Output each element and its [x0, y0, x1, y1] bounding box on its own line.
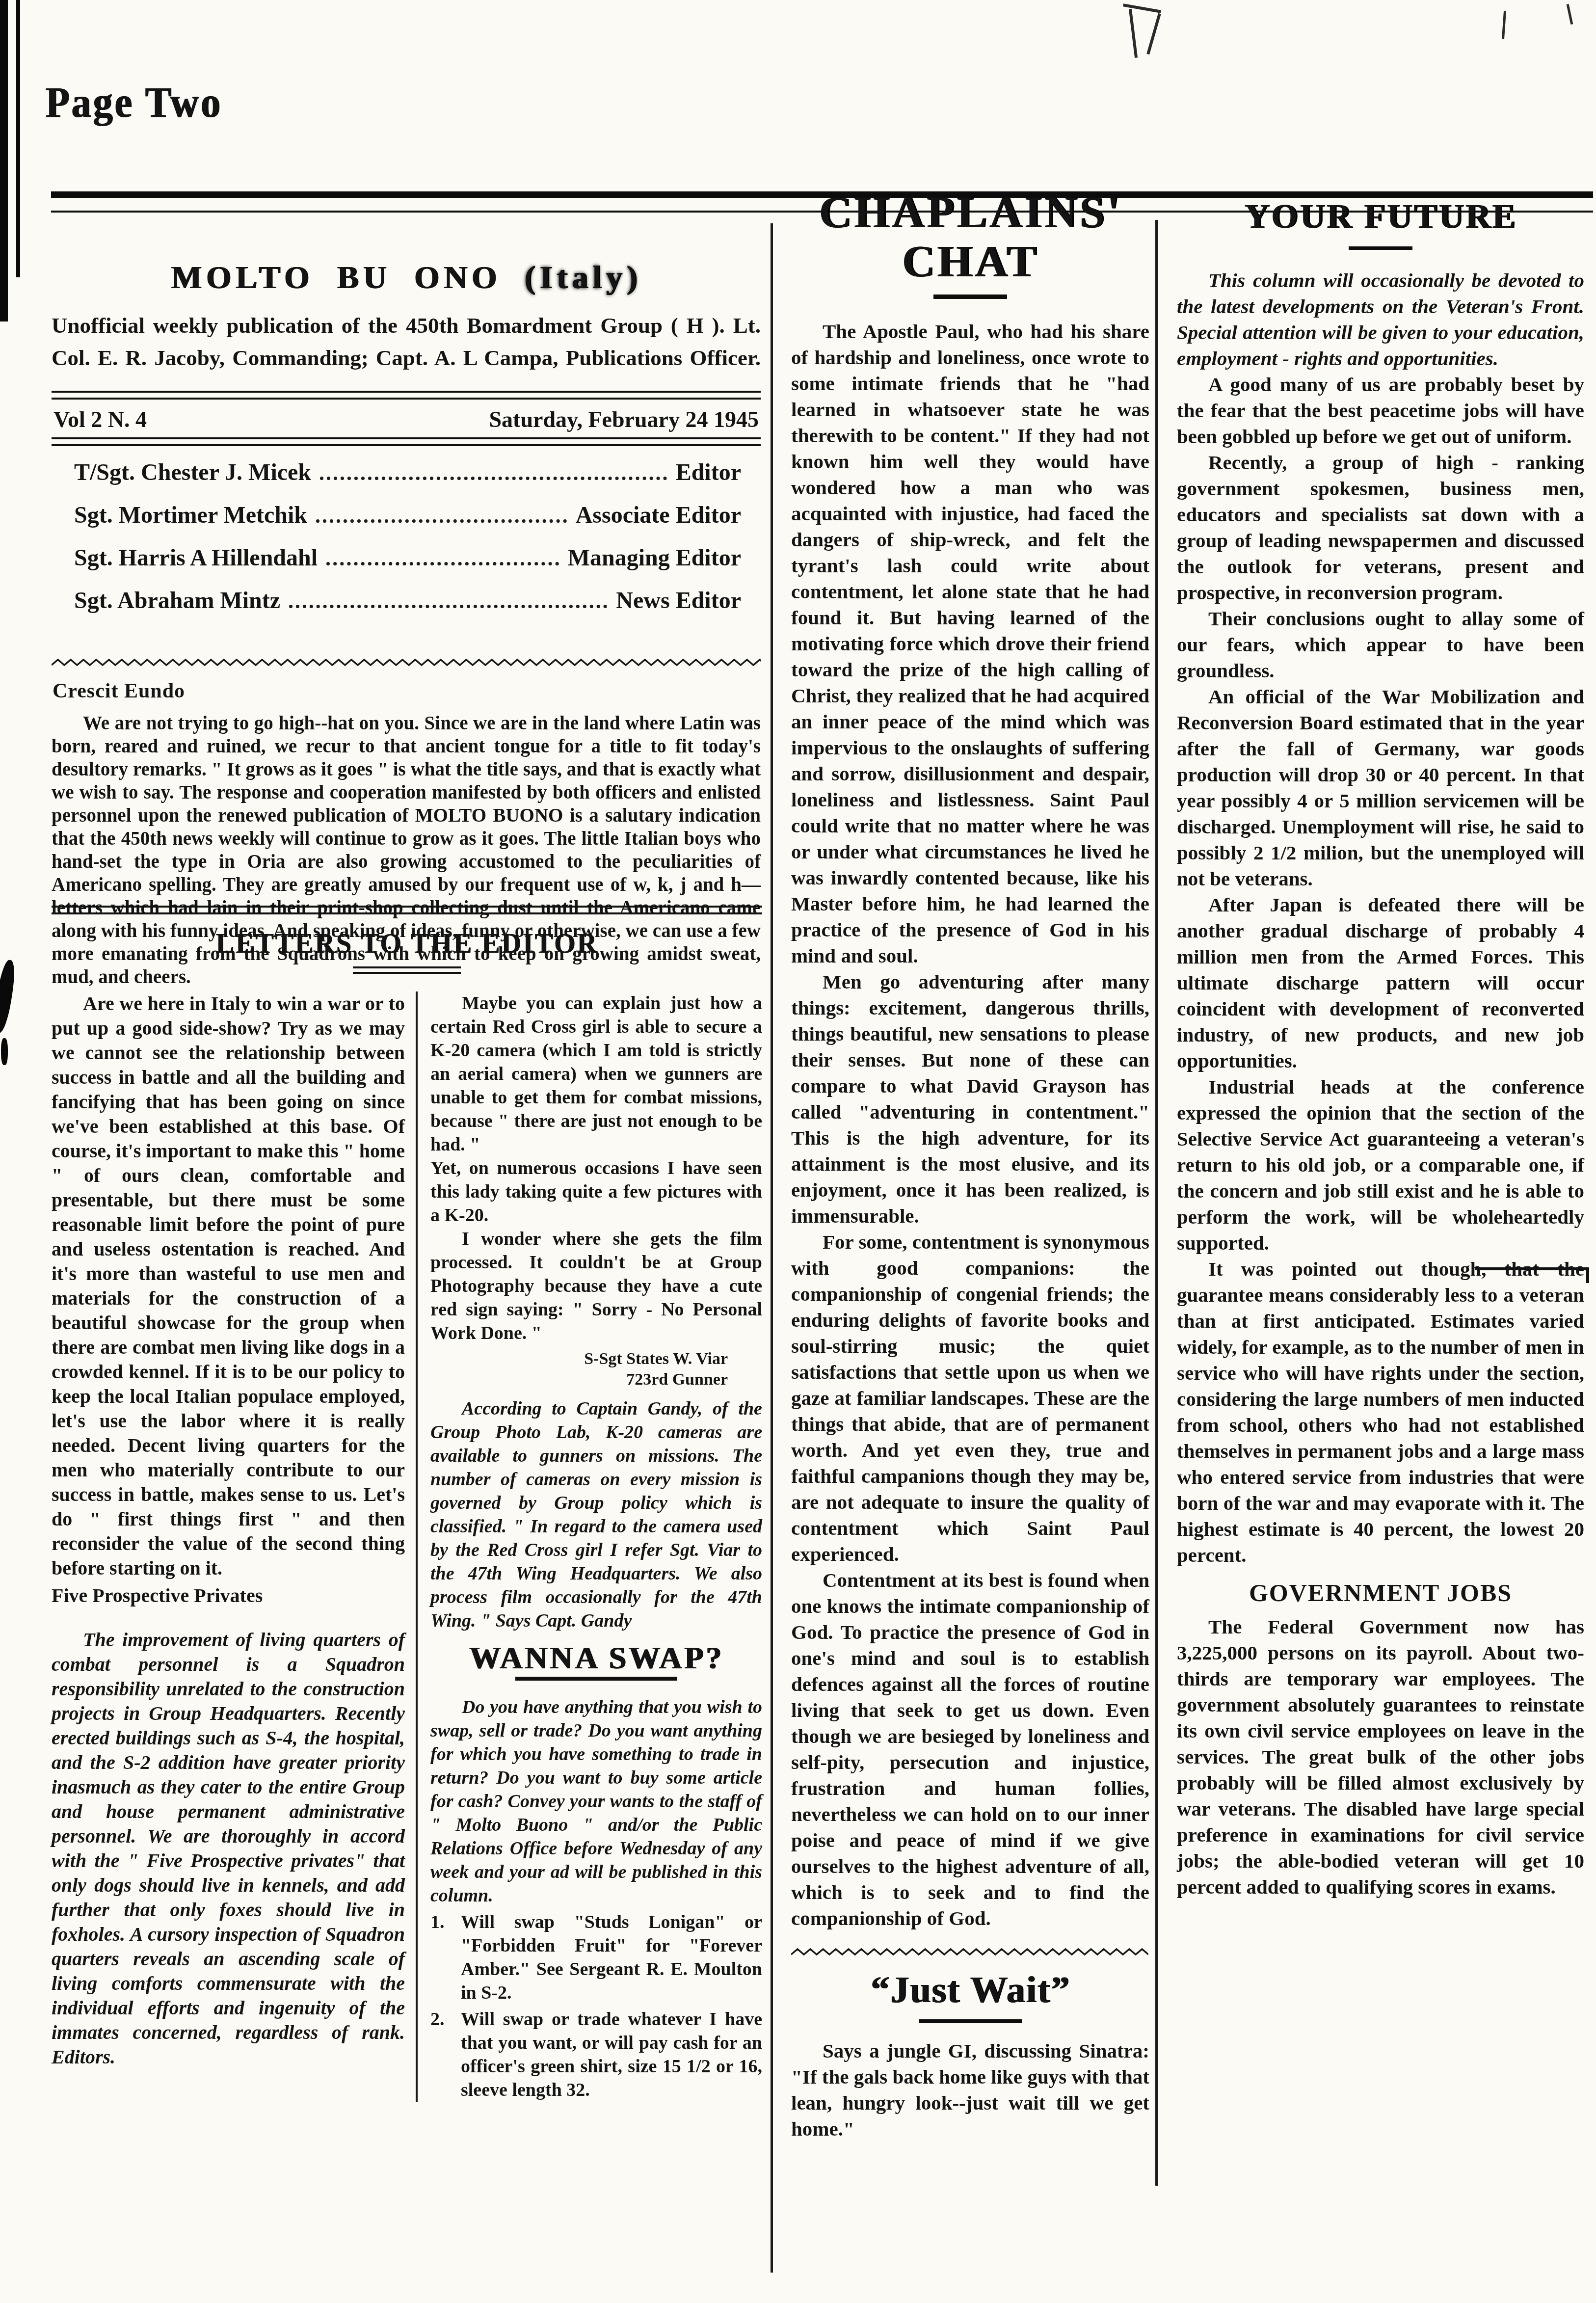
letter-signature-block: S-Sgt States W. Viar 723rd Gunner: [430, 1349, 762, 1390]
letters-heading: LETTERS TO THE EDITOR: [52, 928, 762, 960]
paragraph: For some, contentment is synonymous with…: [791, 1229, 1149, 1567]
swap-list-item: 2. Will swap or trade whatever I have th…: [430, 2008, 762, 2102]
letter-column-right: Maybe you can explain just how a certain…: [418, 991, 762, 2102]
short-rule: [515, 1677, 677, 1681]
list-text: Will swap or trade whatever I have that …: [461, 2008, 762, 2102]
paragraph: The Apostle Paul, who had his share of h…: [791, 319, 1149, 969]
heading-line-2: CHAT: [791, 237, 1149, 286]
column-intro: This column will occasionally be devoted…: [1177, 268, 1584, 372]
newspaper-page: { "page": { "label": "Page Two" }, "mast…: [0, 0, 1596, 2303]
list-number: 1.: [430, 1910, 461, 2005]
staff-row: Sgt. Abraham Mintz News Editor: [74, 587, 741, 614]
chaplains-chat-column: CHAPLAINS' CHAT The Apostle Paul, who ha…: [791, 187, 1149, 2142]
swap-list-item: 1. Will swap "Studs Lonigan" or "Forbidd…: [430, 1910, 762, 2005]
publication-subtitle: Unofficial weekly publication of the 450…: [52, 309, 761, 374]
short-rule: [1349, 246, 1412, 250]
pen-mark: [1146, 13, 1161, 54]
dotted-leader: [316, 519, 567, 523]
signature-unit: 723rd Gunner: [430, 1369, 728, 1390]
publication-title-main: MOLTO BU ONO: [171, 260, 501, 295]
government-jobs-heading: GOVERNMENT JOBS: [1177, 1580, 1584, 1606]
dotted-leader: [289, 605, 607, 608]
ink-blob: [0, 959, 18, 1034]
wanna-swap-heading: WANNA SWAP?: [430, 1646, 762, 1670]
paragraph: An official of the War Mobilization and …: [1177, 684, 1584, 892]
staff-role: Associate Editor: [576, 502, 741, 529]
volume-date-row: Vol 2 N. 4 Saturday, February 24 1945: [52, 400, 761, 437]
paragraph: Men go adventuring after many things: ex…: [791, 969, 1149, 1229]
masthead: MOLTO BU ONO (Italy) Unofficial weekly p…: [52, 230, 761, 635]
short-rule: [933, 295, 1007, 299]
paragraph: A good many of us are probably beset by …: [1177, 372, 1584, 450]
paragraph: Industrial heads at the conference expre…: [1177, 1074, 1584, 1256]
column-rule: [771, 223, 773, 2273]
your-future-body: This column will occasionally be devoted…: [1177, 268, 1584, 1900]
staff-name: Sgt. Abraham Mintz: [74, 587, 280, 614]
column-rule: [1155, 220, 1158, 2186]
short-double-rule: [353, 966, 461, 974]
swap-intro: Do you have anything that you wish to sw…: [430, 1695, 762, 1907]
staff-row: Sgt. Harris A Hillendahl Managing Editor: [74, 544, 741, 571]
chaplains-chat-heading: CHAPLAINS' CHAT: [791, 187, 1149, 286]
letters-columns: Are we here in Italy to win a war or to …: [52, 991, 762, 2102]
dotted-leader: [326, 562, 559, 565]
ink-blob-small: [1, 1038, 8, 1065]
double-rule: [52, 391, 761, 400]
staff-name: Sgt. Harris A Hillendahl: [74, 544, 318, 571]
just-wait-body: Says a jungle GI, discussing Sinatra: "I…: [791, 2038, 1149, 2142]
issue-date: Saturday, February 24 1945: [489, 406, 759, 432]
signature-name: S-Sgt States W. Viar: [430, 1349, 728, 1369]
heading-line-1: CHAPLAINS': [791, 187, 1149, 237]
just-wait-heading: “Just Wait”: [791, 1969, 1149, 2011]
paragraph: Contentment at its best is found when on…: [791, 1567, 1149, 1931]
staff-role: Managing Editor: [568, 544, 741, 571]
your-future-column: YOUR FUTURE This column will occasionall…: [1177, 197, 1584, 1900]
staff-row: Sgt. Mortimer Metchik Associate Editor: [74, 502, 741, 529]
page-label: Page Two: [45, 78, 222, 128]
staff-role: Editor: [676, 459, 741, 486]
left-spine-bar-thin: [16, 0, 20, 277]
paragraph: Their conclusions ought to allay some of…: [1177, 606, 1584, 684]
publication-title: MOLTO BU ONO (Italy): [52, 259, 761, 296]
letter-signature: Five Prospective Privates: [52, 1583, 405, 1608]
double-rule: [52, 437, 761, 446]
letter-body: Maybe you can explain just how a certain…: [430, 991, 762, 1156]
letter-column-left: Are we here in Italy to win a war or to …: [52, 991, 416, 2102]
article-heading: Crescit Eundo: [53, 679, 761, 703]
wavy-divider: [52, 659, 761, 667]
pen-mark: [1567, 4, 1573, 25]
pen-mark: [1129, 9, 1138, 58]
your-future-heading: YOUR FUTURE: [1177, 197, 1584, 237]
publication-title-paren: (Italy): [524, 260, 641, 295]
chaplains-body: The Apostle Paul, who had his share of h…: [791, 319, 1149, 1931]
paragraph: The Federal Government now has 3,225,000…: [1177, 1614, 1584, 1900]
volume-number: Vol 2 N. 4: [53, 406, 147, 432]
letter-body: Yet, on numerous occasions I have seen t…: [430, 1156, 762, 1227]
paragraph: It was pointed out though, that the guar…: [1177, 1256, 1584, 1568]
staff-name: T/Sgt. Chester J. Micek: [74, 459, 311, 486]
short-rule: [919, 2019, 1022, 2023]
letter-body: I wonder where she gets the film process…: [430, 1227, 762, 1345]
staff-row: T/Sgt. Chester J. Micek Editor: [74, 459, 741, 486]
left-spine-bar: [0, 0, 8, 321]
wavy-divider: [791, 1948, 1148, 1956]
stray-rule-hook: [1586, 1267, 1589, 1283]
editors-reply: The improvement of living quarters of co…: [52, 1628, 405, 2069]
dotted-leader: [320, 477, 667, 480]
paragraph: After Japan is defeated there will be an…: [1177, 892, 1584, 1074]
list-text: Will swap "Studs Lonigan" or "Forbidden …: [461, 1910, 762, 2005]
gandy-reply: According to Captain Gandy, of the Group…: [430, 1397, 762, 1633]
pen-mark: [1502, 11, 1506, 39]
letter-body: Are we here in Italy to win a war or to …: [52, 991, 405, 1580]
letters-section: LETTERS TO THE EDITOR Are we here in Ita…: [52, 906, 762, 2102]
list-number: 2.: [430, 2008, 461, 2102]
staff-name: Sgt. Mortimer Metchik: [74, 502, 307, 529]
paragraph: Recently, a group of high - ranking gove…: [1177, 450, 1584, 606]
double-rule: [52, 906, 762, 914]
staff-role: News Editor: [616, 587, 741, 614]
staff-list: T/Sgt. Chester J. Micek Editor Sgt. Mort…: [52, 446, 761, 635]
